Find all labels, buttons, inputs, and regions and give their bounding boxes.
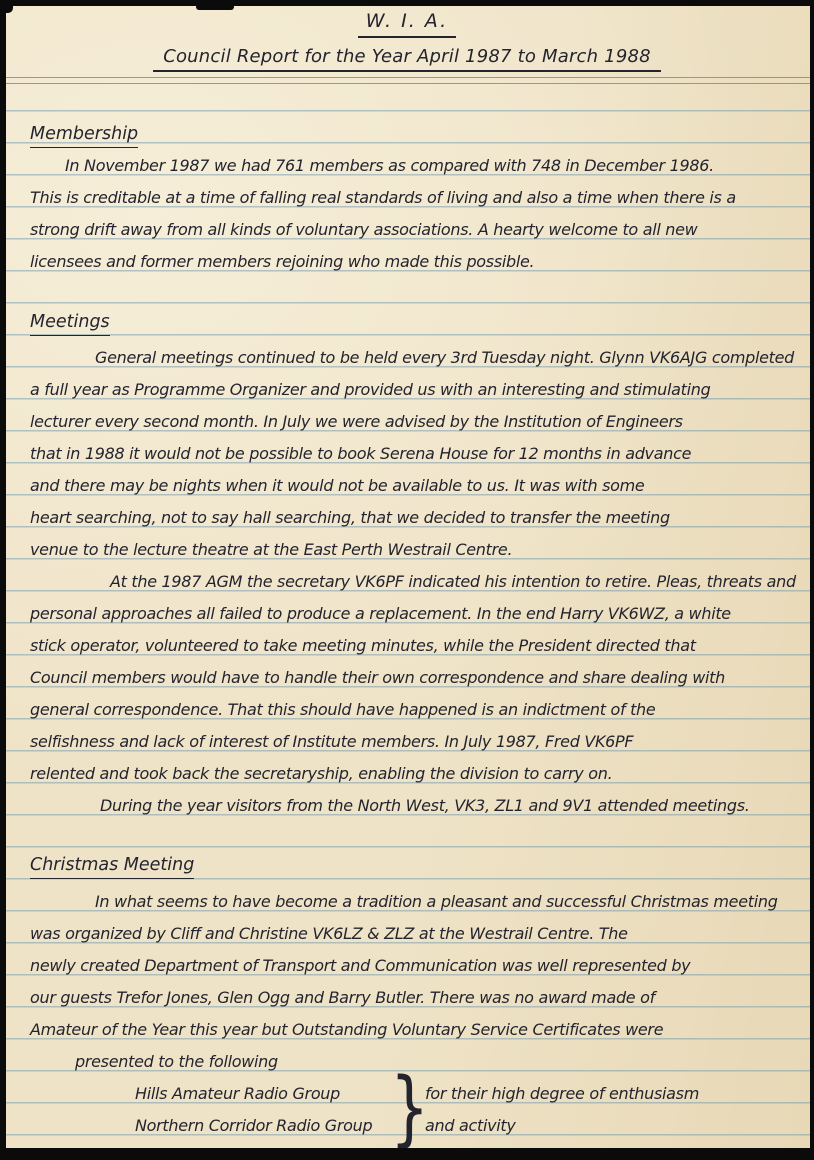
scanned-handwritten-report-page: W. I. A. Council Report for the Year Apr… [0, 0, 814, 1160]
award-citation: for their high degree of enthusiasmand a… [425, 1078, 755, 1142]
text-line: for their high degree of enthusiasm [425, 1078, 755, 1110]
scan-edge-top-left-corner [0, 0, 13, 13]
text-line: newly created Department of Transport an… [30, 950, 792, 982]
text-line: Amateur of the Year this year but Outsta… [30, 1014, 792, 1046]
section-heading-label: Membership [30, 124, 138, 148]
text-line: heart searching, not to say hall searchi… [30, 502, 792, 534]
page-subtitle: Council Report for the Year April 1987 t… [153, 46, 661, 72]
meetings-paragraph-1: General meetings continued to be held ev… [30, 342, 792, 566]
title-row: W. I. A. [0, 10, 814, 38]
page-title: W. I. A. [358, 10, 456, 38]
membership-paragraph: In November 1987 we had 761 members as c… [30, 150, 792, 278]
text-line: At the 1987 AGM the secretary VK6PF indi… [30, 566, 792, 598]
text-line: stick operator, volunteered to take meet… [30, 630, 792, 662]
meetings-paragraph-2: At the 1987 AGM the secretary VK6PF indi… [30, 566, 792, 790]
text-line: that in 1988 it would not be possible to… [30, 438, 792, 470]
award-brace: } [390, 1070, 429, 1148]
text-line: licensees and former members rejoining w… [30, 246, 792, 278]
text-line: and there may be nights when it would no… [30, 470, 792, 502]
text-line: lecturer every second month. In July we … [30, 406, 792, 438]
scan-edge-left [0, 0, 6, 1160]
section-heading-label: Christmas Meeting [30, 855, 194, 879]
text-line: a full year as Programme Organizer and p… [30, 374, 792, 406]
text-line: This is creditable at a time of falling … [30, 182, 792, 214]
scan-edge-right [810, 0, 814, 1160]
subtitle-row: Council Report for the Year April 1987 t… [0, 46, 814, 72]
section-heading-membership: Membership [30, 124, 138, 148]
text-line: General meetings continued to be held ev… [30, 342, 792, 374]
text-line: Hills Amateur Radio Group [135, 1078, 415, 1110]
meetings-paragraph-3: During the year visitors from the North … [30, 790, 792, 822]
scan-edge-bottom [0, 1148, 814, 1160]
text-line: was organized by Cliff and Christine VK6… [30, 918, 792, 950]
section-heading-christmas-meeting: Christmas Meeting [30, 855, 194, 879]
text-line: strong drift away from all kinds of volu… [30, 214, 792, 246]
scan-edge-top-notch [196, 0, 234, 10]
text-line: and activity [425, 1110, 755, 1142]
text-line: relented and took back the secretaryship… [30, 758, 792, 790]
text-line: In what seems to have become a tradition… [30, 886, 792, 918]
text-line: In November 1987 we had 761 members as c… [30, 150, 792, 182]
award-recipient-list: Hills Amateur Radio GroupNorthern Corrid… [135, 1078, 415, 1142]
text-line: During the year visitors from the North … [30, 790, 792, 822]
section-heading-meetings: Meetings [30, 312, 110, 336]
text-line: selfishness and lack of interest of Inst… [30, 726, 792, 758]
header-double-rule [0, 77, 814, 84]
section-heading-label: Meetings [30, 312, 110, 336]
text-line: general correspondence. That this should… [30, 694, 792, 726]
christmas-paragraph-1: In what seems to have become a tradition… [30, 886, 792, 1046]
text-line: our guests Trefor Jones, Glen Ogg and Ba… [30, 982, 792, 1014]
text-line: Northern Corridor Radio Group [135, 1110, 415, 1142]
text-line: personal approaches all failed to produc… [30, 598, 792, 630]
text-line: Council members would have to handle the… [30, 662, 792, 694]
scan-edge-top [0, 0, 814, 6]
text-line: venue to the lecture theatre at the East… [30, 534, 792, 566]
